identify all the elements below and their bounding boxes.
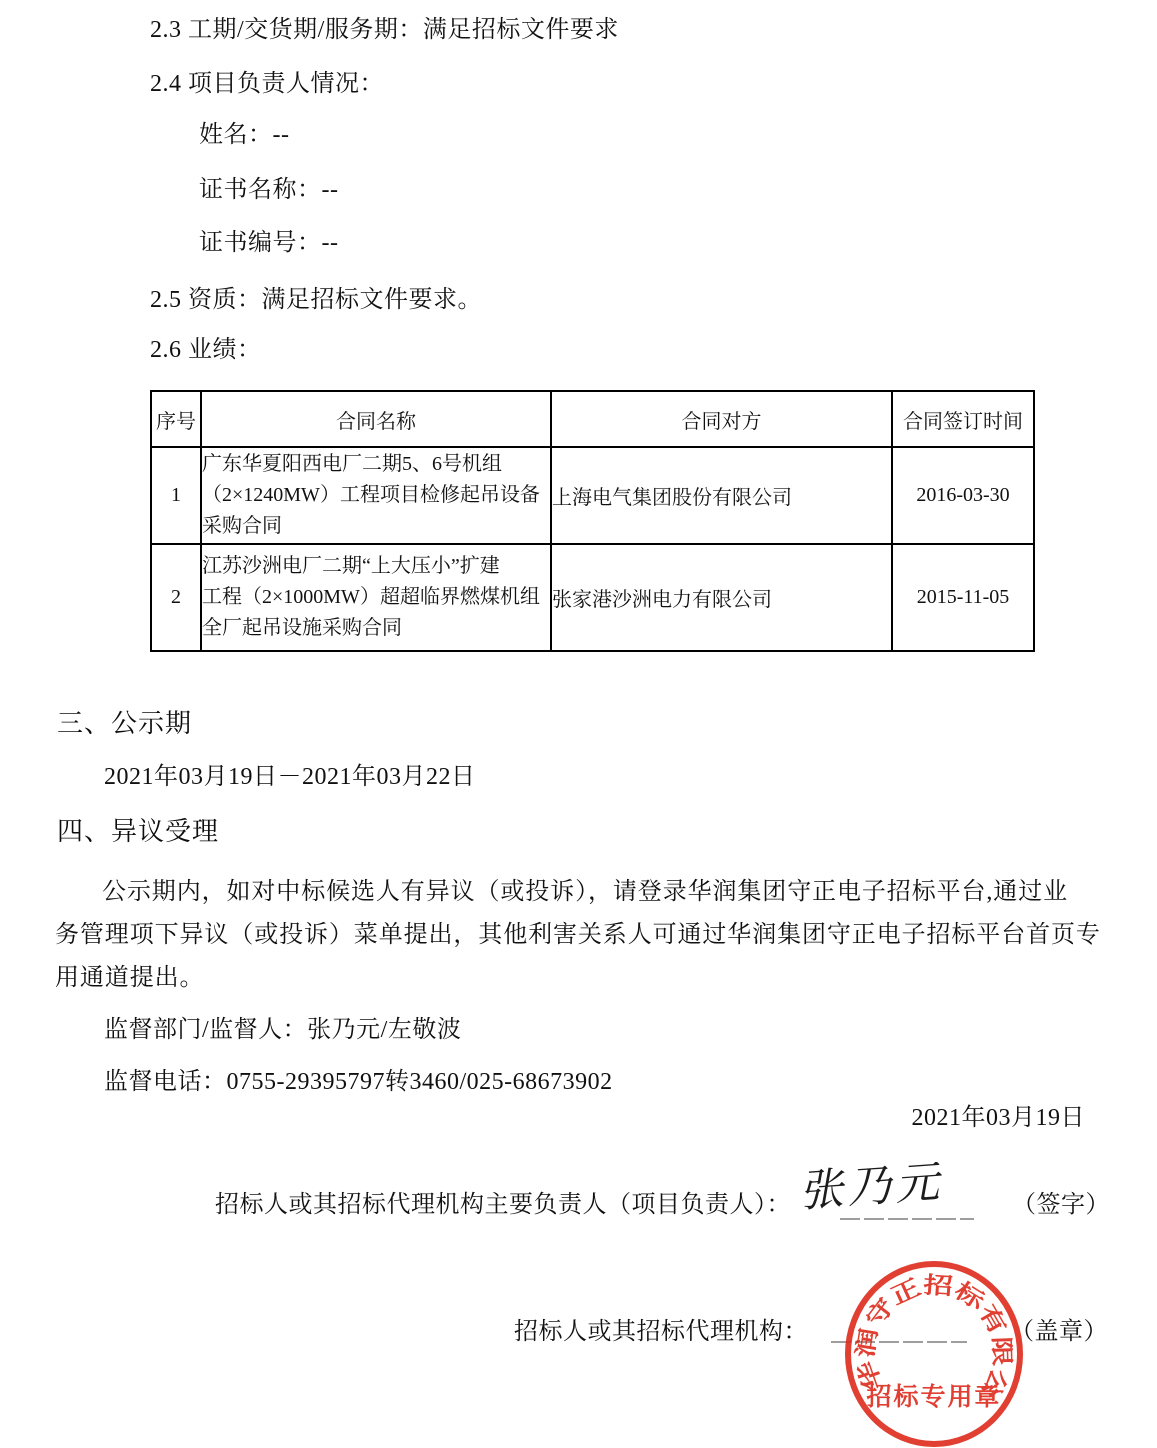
sign-here-suffix: （签字） — [1012, 1192, 1110, 1218]
leader-signature-label: 招标人或其招标代理机构主要负责人（项目负责人）： — [215, 1192, 791, 1218]
clause-2-3-delivery-period: 2.3 工期/交货期/服务期：满足招标文件要求 — [150, 17, 619, 43]
signature-text: 张乃元 — [798, 1162, 945, 1216]
cell-sign-date: 2015-11-05 — [892, 544, 1034, 651]
field-certificate-name: 证书名称：-- — [199, 177, 338, 203]
objection-paragraph-line: 公示期内，如对中标候选人有异议（或投诉），请登录华润集团守正电子招标平台,通过业 — [55, 879, 1149, 905]
clause-2-4-project-leader: 2.4 项目负责人情况： — [150, 71, 384, 97]
company-seal: 华润守正招标有限公司 招标专用章 — [839, 1259, 1029, 1448]
supervisor-line: 监督部门/监督人：张乃元/左敬波 — [104, 1017, 461, 1043]
cell-contract-name: 广东华夏阳西电厂二期5、6号机组 （2×1240MW）工程项目检修起吊设备 采购… — [201, 447, 551, 544]
agency-seal-label: 招标人或其招标代理机构： — [514, 1319, 808, 1345]
contract-name-line: 工程（2×1000MW）超超临界燃煤机组 — [202, 582, 550, 613]
supervision-phone-line: 监督电话：0755-29395797转3460/025-68673902 — [104, 1069, 613, 1095]
table-row: 1 广东华夏阳西电厂二期5、6号机组 （2×1240MW）工程项目检修起吊设备 … — [151, 447, 1034, 544]
objection-paragraph-line: 务管理项下异议（或投诉）菜单提出，其他利害关系人可通过华润集团守正电子招标平台首… — [55, 922, 1102, 948]
seal-here-suffix: （盖章） — [1010, 1319, 1108, 1345]
contract-name-line: 采购合同 — [202, 511, 550, 542]
cell-sign-date: 2016-03-30 — [892, 447, 1034, 544]
section-heading-publicity-period: 三、公示期 — [57, 709, 192, 739]
seal-ring — [848, 1264, 1020, 1444]
contract-name-line: 全厂起吊设施采购合同 — [202, 613, 550, 644]
clause-2-6-performance: 2.6 业绩： — [150, 337, 262, 363]
cell-contract-party: 张家港沙洲电力有限公司 — [551, 544, 892, 651]
col-header-contract-name: 合同名称 — [201, 391, 551, 447]
table-row: 2 江苏沙洲电厂二期“上大压小”扩建 工程（2×1000MW）超超临界燃煤机组 … — [151, 544, 1034, 651]
cell-seq: 2 — [151, 544, 201, 651]
table-header-row: 序号 合同名称 合同对方 合同签订时间 — [151, 391, 1034, 447]
contract-name-line: 江苏沙洲电厂二期“上大压小”扩建 — [202, 551, 550, 582]
field-leader-name: 姓名：-- — [199, 122, 289, 148]
agency-underline — [831, 1341, 967, 1343]
handwritten-signature: 张乃元 — [796, 1162, 966, 1222]
section-heading-objection-handling: 四、异议受理 — [57, 817, 219, 847]
objection-paragraph-line: 用通道提出。 — [55, 965, 1102, 991]
performance-contracts-table: 序号 合同名称 合同对方 合同签订时间 1 广东华夏阳西电厂二期5、6号机组 （… — [150, 390, 1035, 652]
col-header-sign-date: 合同签订时间 — [892, 391, 1034, 447]
field-certificate-number: 证书编号：-- — [199, 230, 338, 256]
tender-result-document-page: 2.3 工期/交货期/服务期：满足招标文件要求 2.4 项目负责人情况： 姓名：… — [0, 0, 1157, 1448]
contract-name-line: 广东华夏阳西电厂二期5、6号机组 — [202, 449, 550, 480]
col-header-seq: 序号 — [151, 391, 201, 447]
document-date: 2021年03月19日 — [55, 1105, 1085, 1131]
cell-contract-name: 江苏沙洲电厂二期“上大压小”扩建 工程（2×1000MW）超超临界燃煤机组 全厂… — [201, 544, 551, 651]
col-header-contract-party: 合同对方 — [551, 391, 892, 447]
publicity-period-dates: 2021年03月19日－2021年03月22日 — [104, 764, 476, 790]
clause-2-5-qualification: 2.5 资质：满足招标文件要求。 — [150, 287, 482, 313]
cell-contract-party: 上海电气集团股份有限公司 — [551, 447, 892, 544]
seal-ring-text: 华润守正招标有限公司 — [839, 1259, 1014, 1402]
contract-name-line: （2×1240MW）工程项目检修起吊设备 — [202, 480, 550, 511]
cell-seq: 1 — [151, 447, 201, 544]
seal-bottom-text: 招标专用章 — [866, 1382, 1001, 1411]
